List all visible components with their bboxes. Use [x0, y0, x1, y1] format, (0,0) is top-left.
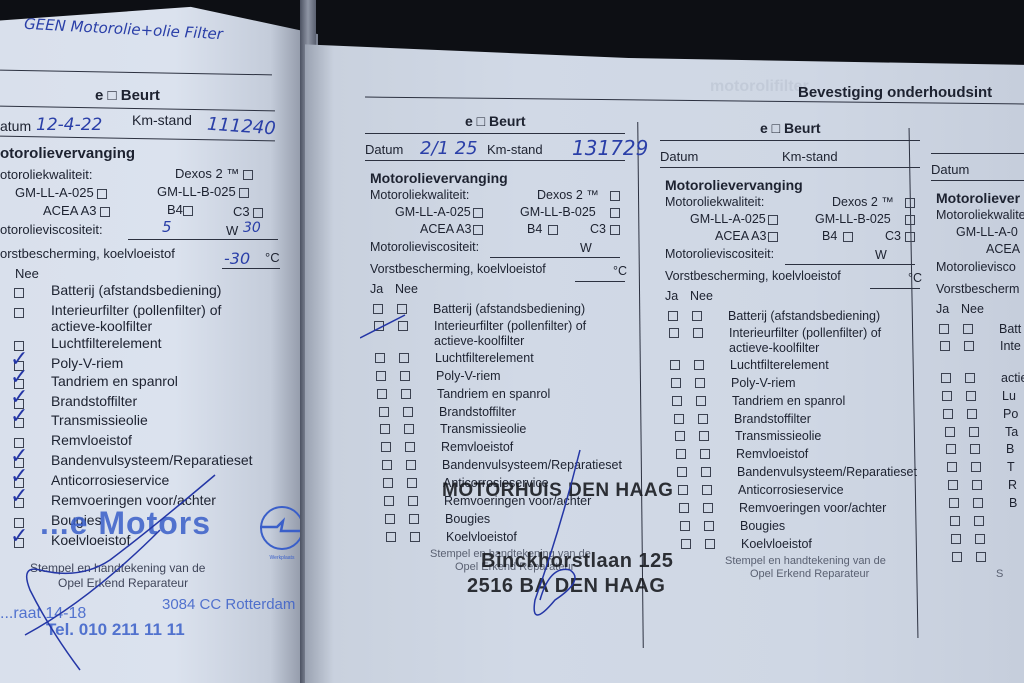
checkbox[interactable] [702, 485, 712, 495]
antifreeze-unit: °C [613, 264, 627, 278]
checkbox[interactable] [698, 414, 708, 424]
checkbox[interactable] [671, 378, 681, 388]
checklist-label: T [1007, 460, 1015, 474]
divider [0, 106, 275, 112]
checklist-label: Inte [1000, 339, 1021, 353]
checklist-label: Bandenvulsysteem/Reparatieset [51, 452, 253, 468]
checkbox[interactable] [692, 311, 702, 321]
checklist-label: Koelvloeistof [741, 537, 812, 551]
checkbox[interactable] [680, 521, 690, 531]
checkbox[interactable] [243, 170, 253, 180]
checklist-label: Batterij (afstandsbediening) [51, 282, 221, 298]
viscosity-label: Motorolievisco [936, 260, 1016, 274]
grade-label: ACEA A3 [420, 222, 471, 236]
viscosity-w: W [875, 248, 887, 262]
checkbox[interactable] [704, 521, 714, 531]
left-page: GEEN Motorolie+olie Filter e □ Beurt atu… [0, 0, 318, 683]
antifreeze-unit: °C [908, 271, 922, 285]
divider [931, 153, 1024, 154]
checklist-label: Tandriem en spanrol [51, 373, 178, 389]
checkbox[interactable] [610, 225, 620, 235]
checkbox[interactable] [949, 498, 959, 508]
checkbox[interactable] [941, 373, 951, 383]
checkbox[interactable] [939, 324, 949, 334]
checkbox[interactable] [669, 328, 679, 338]
checkbox[interactable] [183, 206, 193, 216]
signature [360, 300, 600, 630]
checkbox[interactable] [945, 427, 955, 437]
handwritten-note: GEEN Motorolie+olie Filter [24, 15, 224, 43]
oil-quality-label: Motoroliekwalite [936, 208, 1024, 222]
checklist-label: Luchtfilterelement [51, 335, 162, 351]
checklist-label: Interieurfilter (pollenfilter) of [51, 302, 221, 318]
checkbox[interactable] [975, 534, 985, 544]
viscosity-w: W [226, 223, 238, 238]
oil-section-title: Motoroliever [936, 190, 1020, 206]
checkbox[interactable] [966, 391, 976, 401]
grade-label: Dexos 2 ™ [832, 195, 894, 209]
checkbox[interactable] [974, 516, 984, 526]
checkbox[interactable] [695, 378, 705, 388]
grade-label: ACEA A3 [43, 203, 96, 218]
checkbox[interactable] [670, 360, 680, 370]
checkbox[interactable] [703, 503, 713, 513]
checkbox[interactable] [253, 208, 263, 218]
divider [128, 239, 278, 240]
stamp-caption-2: Opel Erkend Reparateur [750, 568, 869, 580]
checkbox[interactable] [699, 431, 709, 441]
checkbox[interactable] [677, 467, 687, 477]
nee-label: Nee [961, 302, 984, 316]
checklist-label: actie [1001, 371, 1024, 385]
checkbox[interactable] [674, 414, 684, 424]
km-label: Km-stand [782, 149, 838, 164]
checklist-label: Ta [1005, 425, 1018, 439]
checklist-label: Remvoeringen voor/achter [739, 501, 886, 515]
checkbox[interactable] [768, 232, 778, 242]
checkbox[interactable] [946, 444, 956, 454]
checkbox[interactable] [976, 552, 986, 562]
checkbox[interactable] [681, 539, 691, 549]
datum-value: 2/1 25 [420, 138, 478, 159]
checkbox[interactable] [964, 341, 974, 351]
km-value: 131729 [572, 136, 648, 160]
checkbox[interactable] [950, 516, 960, 526]
checkbox[interactable] [951, 534, 961, 544]
antifreeze-label: orstbescherming, koelvloeistof [0, 246, 175, 261]
checkbox[interactable] [678, 485, 688, 495]
checklist-label: Brandstoffilter [51, 393, 137, 409]
divider [490, 257, 620, 258]
oil-section-title: otorolievervanging [0, 145, 135, 162]
divider [222, 268, 280, 269]
grade-label: GM-LL-B-025 [157, 184, 236, 199]
ja-label: Ja [370, 282, 383, 296]
antifreeze-unit: °C [265, 250, 280, 265]
grade-acea-a3: ACEA A3 [43, 203, 110, 218]
checklist-label: Transmissieolie [51, 412, 148, 428]
grade-label: B4 [527, 222, 542, 236]
grade-label: GM-LL-A-025 [690, 212, 766, 226]
stamp-caption-1: Stempel en handtekening van de [725, 555, 886, 567]
oil-quality-label: otoroliekwaliteit: [0, 167, 93, 182]
km-label: Km-stand [132, 112, 192, 128]
right-page: motorolifilter Bevestiging onderhoudsint… [305, 0, 1024, 683]
nee-checkbox[interactable] [14, 288, 24, 298]
check-mark-icon: ✓ [10, 404, 28, 429]
checkbox[interactable] [942, 391, 952, 401]
checkbox[interactable] [967, 409, 977, 419]
antifreeze-value: -30 [224, 249, 250, 268]
checklist-label: Brandstoffilter [734, 412, 811, 426]
viscosity-label: Motorolieviscositeit: [370, 240, 479, 254]
checkbox[interactable] [701, 467, 711, 477]
antifreeze-label: Vorstbescherming, koelvloeistof [665, 269, 841, 283]
grade-gm-ll-b: GM-LL-B-025 [157, 184, 249, 199]
checklist-label: Batterij (afstandsbediening) [728, 309, 880, 323]
divider [365, 160, 625, 161]
km-value: 111240 [206, 114, 276, 140]
grade-label: ACEA [986, 242, 1020, 256]
checkbox[interactable] [905, 232, 915, 242]
checklist-label: actieve-koolfilter [51, 318, 152, 334]
checkbox[interactable] [965, 373, 975, 383]
viscosity-w-value: 30 [243, 220, 261, 236]
svg-text:Werkplaats: Werkplaats [270, 555, 295, 561]
checklist-label: Lu [1002, 389, 1016, 403]
checklist-label: B [1006, 442, 1014, 456]
service-title-text: e □ Beurt [95, 87, 160, 104]
checklist-row: ✓Transmissieolie [14, 414, 24, 432]
checklist-label: Batt [999, 322, 1021, 336]
checkbox[interactable] [668, 311, 678, 321]
checklist-label: Luchtfilterelement [730, 358, 829, 372]
checklist-row: Batterij (afstandsbediening) [14, 284, 24, 302]
antifreeze-label: Vorstbescherm [936, 282, 1019, 296]
checkbox[interactable] [679, 503, 689, 513]
oil-section-title: Motorolievervanging [370, 170, 508, 186]
page-header-title: Bevestiging onderhoudsint [798, 84, 992, 101]
viscosity-value: 5 [162, 218, 172, 236]
checkbox[interactable] [943, 409, 953, 419]
grade-label: B4 [167, 202, 183, 217]
grade-label: GM-LL-A-0 [956, 225, 1018, 239]
checkbox[interactable] [700, 449, 710, 459]
checklist-label: Tandriem en spanrol [732, 394, 845, 408]
nee-label: Nee [690, 289, 713, 303]
stamp-caption-1: S [996, 568, 1003, 580]
grade-label: GM-LL-B-025 [520, 205, 596, 219]
checkbox[interactable] [473, 225, 483, 235]
datum-label: atum [0, 118, 31, 134]
divider [575, 281, 625, 282]
checkbox[interactable] [905, 198, 915, 208]
checkbox[interactable] [672, 396, 682, 406]
grade-c3: C3 [233, 204, 263, 219]
checkbox[interactable] [905, 215, 915, 225]
checklist-label: Poly-V-riem [731, 376, 796, 390]
datum-value: 12-4-22 [36, 115, 102, 135]
nee-checkbox[interactable] [14, 308, 24, 318]
checklist-label: Anticorrosieservice [738, 483, 844, 497]
divider [785, 264, 915, 265]
checkbox[interactable] [972, 480, 982, 490]
nee-label: Nee [395, 282, 418, 296]
grade-label: C3 [233, 204, 250, 219]
checklist-label: Interieurfilter (pollenfilter) of [729, 326, 881, 340]
divider [660, 167, 920, 168]
checkbox[interactable] [971, 462, 981, 472]
viscosity-label: otorolieviscositeit: [0, 222, 103, 237]
checkbox[interactable] [610, 191, 620, 201]
nee-label: Nee [15, 266, 39, 281]
checkbox[interactable] [676, 449, 686, 459]
ja-label: Ja [665, 289, 678, 303]
checklist-label: Bandenvulsysteem/Reparatieset [737, 465, 917, 479]
grade-label: Dexos 2 ™ [175, 166, 239, 181]
datum-label: Datum [931, 162, 969, 177]
grade-label: Dexos 2 ™ [537, 188, 599, 202]
antifreeze-label: Vorstbescherming, koelvloeistof [370, 262, 546, 276]
checkbox[interactable] [947, 462, 957, 472]
checklist-label: Bougies [740, 519, 785, 533]
checkbox[interactable] [693, 328, 703, 338]
checklist-label: Poly-V-riem [51, 355, 123, 371]
checklist-row: Interieurfilter (pollenfilter) ofactieve… [14, 304, 24, 322]
grade-label: B4 [822, 229, 837, 243]
grade-label: GM-LL-B-025 [815, 212, 891, 226]
grade-gm-ll-a: GM-LL-A-025 [15, 185, 107, 200]
checkbox[interactable] [948, 480, 958, 490]
signature [0, 470, 240, 683]
checkbox[interactable] [940, 341, 950, 351]
checkbox[interactable] [705, 539, 715, 549]
grade-label: C3 [885, 229, 901, 243]
ja-label: Ja [936, 302, 949, 316]
checkbox[interactable] [768, 215, 778, 225]
checkbox[interactable] [963, 324, 973, 334]
checkbox[interactable] [100, 207, 110, 217]
viscosity-w: W [580, 241, 592, 255]
grade-dexos: Dexos 2 ™ [175, 166, 253, 181]
datum-label: Datum [660, 149, 698, 164]
oil-quality-label: Motoroliekwaliteit: [665, 195, 764, 209]
divider [0, 70, 272, 76]
service-title: e □ Beurt [95, 87, 160, 104]
datum-label: Datum [365, 142, 403, 157]
viscosity-label: Motorolieviscositeit: [665, 247, 774, 261]
checkbox[interactable] [610, 208, 620, 218]
checklist-label: R [1008, 478, 1017, 492]
grade-label: C3 [590, 222, 606, 236]
grade-label: GM-LL-A-025 [395, 205, 471, 219]
divider [365, 133, 625, 134]
checkbox[interactable] [843, 232, 853, 242]
oil-quality-label: Motoroliekwaliteit: [370, 188, 469, 202]
grade-b4: B4 [167, 202, 193, 217]
checklist-label: Po [1003, 407, 1018, 421]
divider [931, 180, 1024, 181]
divider [660, 140, 920, 141]
checklist-label: Remvloeistof [51, 432, 132, 448]
checkbox[interactable] [239, 188, 249, 198]
checkbox[interactable] [970, 444, 980, 454]
checkbox[interactable] [973, 498, 983, 508]
grade-label: GM-LL-A-025 [15, 185, 94, 200]
checkbox[interactable] [548, 225, 558, 235]
checklist-label: B [1009, 496, 1017, 510]
km-label: Km-stand [487, 142, 543, 157]
checkbox[interactable] [969, 427, 979, 437]
checkbox[interactable] [952, 552, 962, 562]
checkbox[interactable] [97, 189, 107, 199]
checkbox[interactable] [675, 431, 685, 441]
checklist-label: actieve-koolfilter [729, 341, 819, 355]
checklist-label: Transmissieolie [735, 429, 821, 443]
checkbox[interactable] [694, 360, 704, 370]
service-title: e □ Beurt [760, 120, 821, 136]
divider [870, 288, 920, 289]
checkbox[interactable] [696, 396, 706, 406]
grade-label: ACEA A3 [715, 229, 766, 243]
checkbox[interactable] [473, 208, 483, 218]
checklist-label: Remvloeistof [736, 447, 808, 461]
oil-section-title: Motorolievervanging [665, 177, 803, 193]
service-title: e □ Beurt [465, 113, 526, 129]
bleed-through-text: motorolifilter [710, 78, 809, 96]
